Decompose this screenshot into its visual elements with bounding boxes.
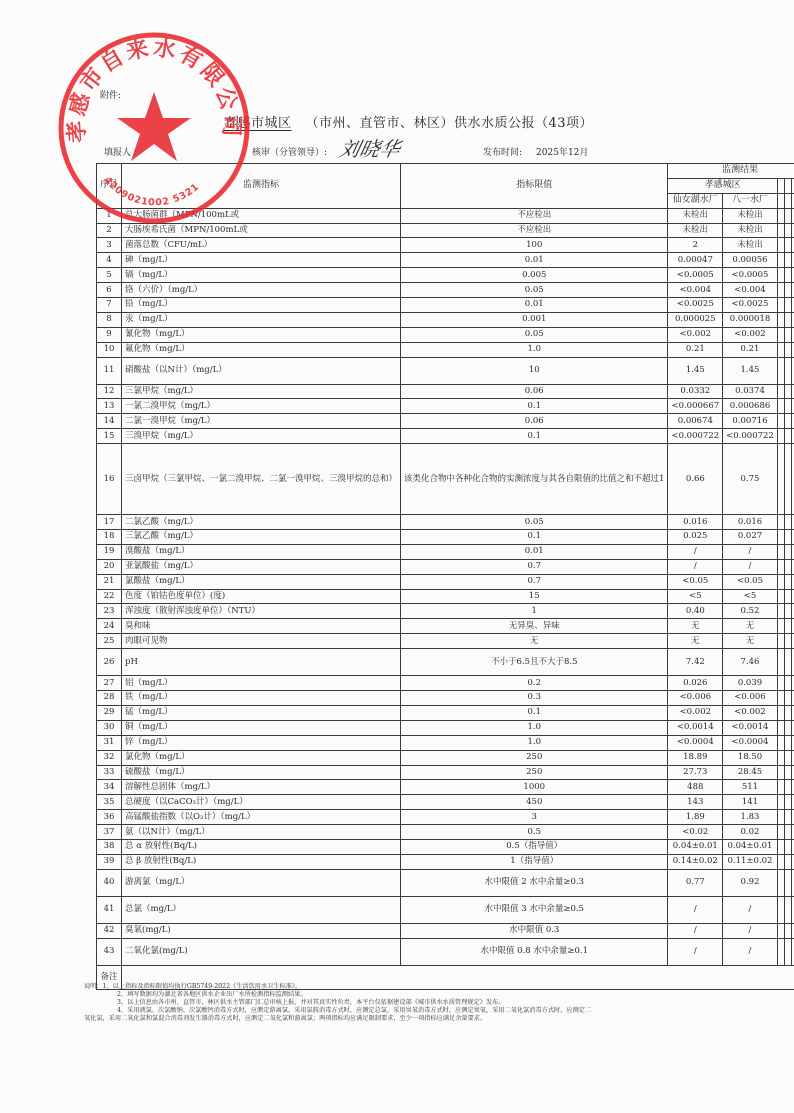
empty-cell [784, 649, 791, 676]
row-value-plant-2: 511 [723, 780, 778, 795]
empty-cell [777, 208, 784, 223]
header-results: 监测结果 [668, 164, 794, 179]
empty-cell [777, 604, 784, 619]
empty-cell [777, 795, 784, 810]
row-limit: 0.05 [401, 515, 668, 530]
reviewer-label: 核审（分管领导）: [252, 145, 327, 158]
row-value-plant-2: 0.04±0.01 [723, 839, 778, 854]
row-indicator: 总 α 放射性(Bq/L) [122, 839, 401, 854]
row-value-plant-2: 7.46 [723, 649, 778, 676]
row-index: 11 [97, 357, 122, 384]
row-indicator: 二氯乙酸（mg/L） [122, 515, 401, 530]
row-indicator: 溴酸盐（mg/L） [122, 544, 401, 559]
empty-cell [777, 429, 784, 444]
row-indicator: 氟化物（mg/L） [122, 342, 401, 357]
row-index: 1 [97, 208, 122, 223]
row-limit: 0.01 [401, 298, 668, 313]
row-value-plant-1: 0.77 [668, 869, 723, 896]
row-value-plant-1: 18.89 [668, 750, 723, 765]
row-value-plant-2: 未检出 [723, 208, 778, 223]
row-indicator: 镉（mg/L） [122, 268, 401, 283]
row-limit: 不应检出 [401, 208, 668, 223]
row-indicator: 硫酸盐（mg/L） [122, 765, 401, 780]
row-index: 38 [97, 839, 122, 854]
row-value-plant-2: 1.83 [723, 810, 778, 825]
row-indicator: 肉眼可见物 [122, 634, 401, 649]
row-limit: 0.7 [401, 574, 668, 589]
empty-cell [777, 312, 784, 327]
row-indicator: 氨（以N计）（mg/L） [122, 825, 401, 840]
empty-cell [784, 923, 791, 938]
row-limit: 该类化合物中各种化合物的实测浓度与其各自限值的比值之和不超过1 [401, 444, 668, 515]
empty-cell [777, 268, 784, 283]
empty-cell [777, 938, 784, 965]
row-index: 22 [97, 589, 122, 604]
row-limit: 0.06 [401, 414, 668, 429]
row-indicator: 总氯（mg/L） [122, 896, 401, 923]
row-value-plant-2: 18.50 [723, 750, 778, 765]
empty-cell [784, 530, 791, 545]
row-value-plant-1: / [668, 544, 723, 559]
row-value-plant-1: <0.006 [668, 691, 723, 706]
row-index: 29 [97, 705, 122, 720]
table-row: 15三溴甲烷（mg/L）0.1<0.000722<0.000722 [97, 429, 794, 444]
row-value-plant-2: / [723, 923, 778, 938]
row-limit: 250 [401, 750, 668, 765]
row-index: 42 [97, 923, 122, 938]
row-indicator: 总硬度（以CaCO₃计）（mg/L） [122, 795, 401, 810]
empty-cell [777, 414, 784, 429]
row-indicator: 总 β 放射性(Bq/L) [122, 854, 401, 869]
row-indicator: 氰化物（mg/L） [122, 327, 401, 342]
row-value-plant-2: <0.0005 [723, 268, 778, 283]
row-value-plant-1: / [668, 559, 723, 574]
table-row: 40游离氯（mg/L）水中限值 2 水中余量≥0.30.770.92 [97, 869, 794, 896]
header-region: 孝感城区 [668, 178, 777, 193]
row-limit: 1 [401, 604, 668, 619]
row-index: 34 [97, 780, 122, 795]
row-indicator: 总大肠菌群（MPN/100mL或 [122, 208, 401, 223]
empty-cell [784, 869, 791, 896]
row-value-plant-2: 28.45 [723, 765, 778, 780]
empty-cell [784, 208, 791, 223]
notes: 说明：1、以上指标及指标限值均执行GB5749-2022《生活饮用水卫生标准》。… [84, 983, 784, 1023]
empty-cell [777, 735, 784, 750]
table-row: 7铅（mg/L）0.01<0.0025<0.0025 [97, 298, 794, 313]
empty-cell [784, 780, 791, 795]
row-indicator: 汞（mg/L） [122, 312, 401, 327]
row-indicator: 铬（六价）（mg/L） [122, 283, 401, 298]
empty-cell [777, 854, 784, 869]
row-limit: 1.0 [401, 735, 668, 750]
row-limit: 0.1 [401, 705, 668, 720]
empty-cell [784, 839, 791, 854]
empty-cell [784, 399, 791, 414]
row-value-plant-2: 未检出 [723, 223, 778, 238]
table-row: 21氯酸盐（mg/L）0.7<0.05<0.05 [97, 574, 794, 589]
table-row: 22色度（铂钴色度单位）(度)15<5<5 [97, 589, 794, 604]
table-row: 31锌（mg/L）1.0<0.0004<0.0004 [97, 735, 794, 750]
empty-cell [777, 238, 784, 253]
row-limit: 不小于6.5且不大于8.5 [401, 649, 668, 676]
empty-cell [784, 178, 791, 193]
table-row: 41总氯（mg/L）水中限值 3 水中余量≥0.5// [97, 896, 794, 923]
empty-cell [777, 765, 784, 780]
row-value-plant-2: <0.002 [723, 705, 778, 720]
table-row: 19溴酸盐（mg/L）0.01// [97, 544, 794, 559]
empty-cell [777, 705, 784, 720]
row-indicator: 色度（铂钴色度单位）(度) [122, 589, 401, 604]
row-value-plant-1: 1.45 [668, 357, 723, 384]
row-indicator: 锰（mg/L） [122, 705, 401, 720]
row-value-plant-1: 488 [668, 780, 723, 795]
header-plant-1: 仙女湖水厂 [668, 193, 723, 208]
empty-cell [784, 810, 791, 825]
empty-cell [777, 923, 784, 938]
note-4-cont: 氧化氯，采用二氧化氯和氯混合消毒剂发生器消毒方式时，应测定二氧化氯和游离氯；两项… [84, 1015, 784, 1023]
row-value-plant-1: 0.21 [668, 342, 723, 357]
filler-label: 填报人 : [104, 145, 137, 158]
empty-cell [784, 854, 791, 869]
table-row: 8汞（mg/L）0.0010.0000250.000018 [97, 312, 794, 327]
row-value-plant-2: 0.75 [723, 444, 778, 515]
row-index: 3 [97, 238, 122, 253]
empty-cell [777, 515, 784, 530]
row-indicator: 三溴甲烷（mg/L） [122, 429, 401, 444]
empty-cell [784, 444, 791, 515]
table-row: 24臭和味无异臭、异味无无 [97, 619, 794, 634]
empty-cell [784, 515, 791, 530]
table-row: 38总 α 放射性(Bq/L)0.5（指导值）0.04±0.010.04±0.0… [97, 839, 794, 854]
empty-cell [784, 720, 791, 735]
row-index: 17 [97, 515, 122, 530]
empty-cell [784, 193, 791, 208]
table-row: 28铁（mg/L）0.3<0.006<0.006 [97, 691, 794, 706]
row-index: 30 [97, 720, 122, 735]
row-limit: 100 [401, 238, 668, 253]
row-value-plant-1: 0.0332 [668, 384, 723, 399]
table-row: 9氰化物（mg/L）0.05<0.002<0.002 [97, 327, 794, 342]
row-value-plant-1: 0.016 [668, 515, 723, 530]
row-value-plant-1: <0.004 [668, 283, 723, 298]
row-indicator: 臭氧(mg/L) [122, 923, 401, 938]
row-value-plant-1: <0.05 [668, 574, 723, 589]
empty-cell [784, 312, 791, 327]
row-value-plant-2: 无 [723, 634, 778, 649]
table-row: 37氨（以N计）（mg/L）0.5<0.020.02 [97, 825, 794, 840]
empty-cell [777, 399, 784, 414]
empty-cell [784, 298, 791, 313]
empty-cell [777, 839, 784, 854]
empty-cell [777, 869, 784, 896]
row-value-plant-2: 0.0374 [723, 384, 778, 399]
header-index: 序号 [97, 164, 122, 209]
row-limit: 无 [401, 634, 668, 649]
row-value-plant-1: / [668, 923, 723, 938]
empty-cell [777, 896, 784, 923]
row-value-plant-2: 0.000686 [723, 399, 778, 414]
row-index: 19 [97, 544, 122, 559]
row-indicator: 臭和味 [122, 619, 401, 634]
table-row: 1总大肠菌群（MPN/100mL或不应检出未检出未检出 [97, 208, 794, 223]
row-indicator: 氯酸盐（mg/L） [122, 574, 401, 589]
table-row: 35总硬度（以CaCO₃计）（mg/L）450143141 [97, 795, 794, 810]
empty-cell [784, 750, 791, 765]
row-indicator: 三氯乙酸（mg/L） [122, 530, 401, 545]
table-row: 4砷（mg/L）0.010.000470.00056 [97, 253, 794, 268]
empty-cell [784, 574, 791, 589]
row-index: 8 [97, 312, 122, 327]
empty-cell [777, 253, 784, 268]
row-limit: 0.2 [401, 676, 668, 691]
row-limit: 水中限值 2 水中余量≥0.3 [401, 869, 668, 896]
row-index: 26 [97, 649, 122, 676]
row-index: 39 [97, 854, 122, 869]
row-value-plant-1: <0.02 [668, 825, 723, 840]
row-value-plant-2: <0.006 [723, 691, 778, 706]
empty-cell [777, 634, 784, 649]
reviewer-signature: 刘晓华 [337, 133, 403, 162]
row-value-plant-2: <0.0014 [723, 720, 778, 735]
row-value-plant-2: 0.016 [723, 515, 778, 530]
empty-cell [777, 384, 784, 399]
row-value-plant-2: / [723, 559, 778, 574]
row-value-plant-1: 0.00674 [668, 414, 723, 429]
empty-cell [784, 384, 791, 399]
row-value-plant-2: <0.000722 [723, 429, 778, 444]
table-row: 20亚氯酸盐（mg/L）0.7// [97, 559, 794, 574]
empty-cell [777, 589, 784, 604]
row-value-plant-2: <0.05 [723, 574, 778, 589]
table-row: 33硫酸盐（mg/L）25027.7328.45 [97, 765, 794, 780]
row-limit: 不应检出 [401, 223, 668, 238]
row-value-plant-1: 未检出 [668, 208, 723, 223]
row-value-plant-1: <0.0025 [668, 298, 723, 313]
empty-cell [784, 268, 791, 283]
row-value-plant-1: 0.000025 [668, 312, 723, 327]
table-row: 32氯化物（mg/L）25018.8918.50 [97, 750, 794, 765]
row-value-plant-2: / [723, 896, 778, 923]
row-indicator: 大肠埃希氏菌（MPN/100mL或 [122, 223, 401, 238]
empty-cell [784, 283, 791, 298]
row-value-plant-1: 无 [668, 619, 723, 634]
table-row: 17二氯乙酸（mg/L）0.050.0160.016 [97, 515, 794, 530]
empty-cell [777, 193, 784, 208]
table-row: 42臭氧(mg/L)水中限值 0.3// [97, 923, 794, 938]
row-index: 4 [97, 253, 122, 268]
table-row: 18三氯乙酸（mg/L）0.10.0250.027 [97, 530, 794, 545]
row-value-plant-1: 0.00047 [668, 253, 723, 268]
table-row: 43二氧化氯(mg/L)水中限值 0.8 水中余量≥0.1// [97, 938, 794, 965]
row-value-plant-1: <5 [668, 589, 723, 604]
note-2: 2、填写数据均为湖北省各地区供水企业出厂水所检测指标监测结果。 [84, 991, 784, 999]
row-index: 14 [97, 414, 122, 429]
row-limit: 1.0 [401, 342, 668, 357]
table-row: 34溶解性总固体（mg/L）1000488511 [97, 780, 794, 795]
row-value-plant-1: <0.002 [668, 327, 723, 342]
row-index: 43 [97, 938, 122, 965]
row-value-plant-2: 0.039 [723, 676, 778, 691]
row-limit: 0.5（指导值） [401, 839, 668, 854]
empty-cell [784, 795, 791, 810]
row-index: 18 [97, 530, 122, 545]
row-index: 41 [97, 896, 122, 923]
empty-cell [777, 283, 784, 298]
row-indicator: 砷（mg/L） [122, 253, 401, 268]
empty-cell [784, 896, 791, 923]
row-index: 7 [97, 298, 122, 313]
empty-cell [784, 691, 791, 706]
table-row: 29锰（mg/L）0.1<0.002<0.002 [97, 705, 794, 720]
row-indicator: 高锰酸盐指数（以O₂计）（mg/L） [122, 810, 401, 825]
row-indicator: 三氯甲烷（mg/L） [122, 384, 401, 399]
row-value-plant-2: <0.0025 [723, 298, 778, 313]
empty-cell [784, 604, 791, 619]
row-value-plant-2: 1.45 [723, 357, 778, 384]
empty-cell [784, 238, 791, 253]
row-indicator: 铝（mg/L） [122, 676, 401, 691]
row-indicator: 一氯二溴甲烷（mg/L） [122, 399, 401, 414]
row-limit: 0.06 [401, 384, 668, 399]
empty-cell [784, 414, 791, 429]
row-index: 20 [97, 559, 122, 574]
row-value-plant-1: 27.73 [668, 765, 723, 780]
empty-cell [784, 223, 791, 238]
svg-text:孝感市自来水有限公司: 孝感市自来水有限公司 [63, 35, 243, 144]
publish-date: 2025年12月 [536, 148, 588, 158]
row-index: 15 [97, 429, 122, 444]
row-value-plant-2: / [723, 544, 778, 559]
empty-cell [777, 178, 784, 193]
row-value-plant-2: 0.21 [723, 342, 778, 357]
row-value-plant-1: <0.000667 [668, 399, 723, 414]
empty-cell [784, 327, 791, 342]
row-indicator: 溶解性总固体（mg/L） [122, 780, 401, 795]
row-indicator: 铁（mg/L） [122, 691, 401, 706]
empty-cell [777, 720, 784, 735]
table-row: 3菌落总数（CFU/mL）1002未检出 [97, 238, 794, 253]
empty-cell [777, 780, 784, 795]
publish-label: 发布时间: [483, 148, 522, 158]
empty-cell [784, 589, 791, 604]
row-value-plant-2: / [723, 938, 778, 965]
empty-cell [777, 223, 784, 238]
table-row: 12三氯甲烷（mg/L）0.060.03320.0374 [97, 384, 794, 399]
empty-cell [784, 342, 791, 357]
row-limit: 无异臭、异味 [401, 619, 668, 634]
header-plant-2: 八一水厂 [723, 193, 778, 208]
row-value-plant-1: <0.0014 [668, 720, 723, 735]
row-limit: 水中限值 0.3 [401, 923, 668, 938]
row-indicator: 铅（mg/L） [122, 298, 401, 313]
row-indicator: 硝酸盐（以N计）（mg/L） [122, 357, 401, 384]
row-limit: 水中限值 0.8 水中余量≥0.1 [401, 938, 668, 965]
row-index: 27 [97, 676, 122, 691]
water-quality-table: 序号 监测指标 指标限值 监测结果 孝感城区 仙女湖水厂 八一水厂 1总大肠菌群… [96, 163, 794, 990]
row-limit: 0.005 [401, 268, 668, 283]
table-row: 13一氯二溴甲烷（mg/L）0.1<0.0006670.000686 [97, 399, 794, 414]
table-row: 25肉眼可见物无无无 [97, 634, 794, 649]
row-index: 6 [97, 283, 122, 298]
row-index: 9 [97, 327, 122, 342]
row-value-plant-1: / [668, 896, 723, 923]
row-indicator: 三卤甲烷（三氯甲烷、一氯二溴甲烷、二氯一溴甲烷、三溴甲烷的总和） [122, 444, 401, 515]
row-value-plant-2: <0.002 [723, 327, 778, 342]
header-indicator: 监测指标 [122, 164, 401, 209]
table-row: 2大肠埃希氏菌（MPN/100mL或不应检出未检出未检出 [97, 223, 794, 238]
empty-cell [777, 810, 784, 825]
row-value-plant-1: 2 [668, 238, 723, 253]
empty-cell [777, 750, 784, 765]
empty-cell [777, 444, 784, 515]
row-value-plant-2: 0.00716 [723, 414, 778, 429]
empty-cell [777, 691, 784, 706]
table-row: 5镉（mg/L）0.005<0.0005<0.0005 [97, 268, 794, 283]
row-limit: 水中限值 3 水中余量≥0.5 [401, 896, 668, 923]
empty-cell [784, 938, 791, 965]
row-indicator: 游离氯（mg/L） [122, 869, 401, 896]
table-row: 23浑浊度（散射浑浊度单位）（NTU）10.400.52 [97, 604, 794, 619]
row-value-plant-1: <0.000722 [668, 429, 723, 444]
empty-cell [784, 429, 791, 444]
row-index: 12 [97, 384, 122, 399]
row-value-plant-2: 0.00056 [723, 253, 778, 268]
row-index: 36 [97, 810, 122, 825]
empty-cell [777, 544, 784, 559]
row-limit: 3 [401, 810, 668, 825]
row-index: 13 [97, 399, 122, 414]
row-indicator: 亚氯酸盐（mg/L） [122, 559, 401, 574]
row-indicator: 二氧化氯(mg/L) [122, 938, 401, 965]
table-row: 27铝（mg/L）0.20.0260.039 [97, 676, 794, 691]
row-limit: 0.1 [401, 429, 668, 444]
empty-cell [784, 357, 791, 384]
publish-time: 发布时间:2025年12月 [483, 145, 588, 158]
row-index: 32 [97, 750, 122, 765]
row-index: 25 [97, 634, 122, 649]
table-row: 14二氯一溴甲烷（mg/L）0.060.006740.00716 [97, 414, 794, 429]
row-index: 35 [97, 795, 122, 810]
empty-cell [784, 634, 791, 649]
row-limit: 10 [401, 357, 668, 384]
row-index: 31 [97, 735, 122, 750]
row-value-plant-2: 0.92 [723, 869, 778, 896]
empty-cell [784, 253, 791, 268]
row-indicator: 铜（mg/L） [122, 720, 401, 735]
row-value-plant-2: 141 [723, 795, 778, 810]
row-index: 16 [97, 444, 122, 515]
row-index: 2 [97, 223, 122, 238]
row-limit: 250 [401, 765, 668, 780]
row-index: 5 [97, 268, 122, 283]
row-value-plant-2: <5 [723, 589, 778, 604]
empty-cell [784, 735, 791, 750]
row-index: 23 [97, 604, 122, 619]
empty-cell [777, 574, 784, 589]
empty-cell [777, 676, 784, 691]
row-value-plant-1: 0.40 [668, 604, 723, 619]
row-value-plant-1: 1.89 [668, 810, 723, 825]
row-limit: 0.001 [401, 312, 668, 327]
row-value-plant-1: / [668, 938, 723, 965]
empty-cell [784, 825, 791, 840]
empty-cell [784, 544, 791, 559]
row-limit: 1.0 [401, 720, 668, 735]
row-index: 33 [97, 765, 122, 780]
row-limit: 1000 [401, 780, 668, 795]
row-indicator: 氯化物（mg/L） [122, 750, 401, 765]
table-row: 6铬（六价）（mg/L）0.05<0.004<0.004 [97, 283, 794, 298]
